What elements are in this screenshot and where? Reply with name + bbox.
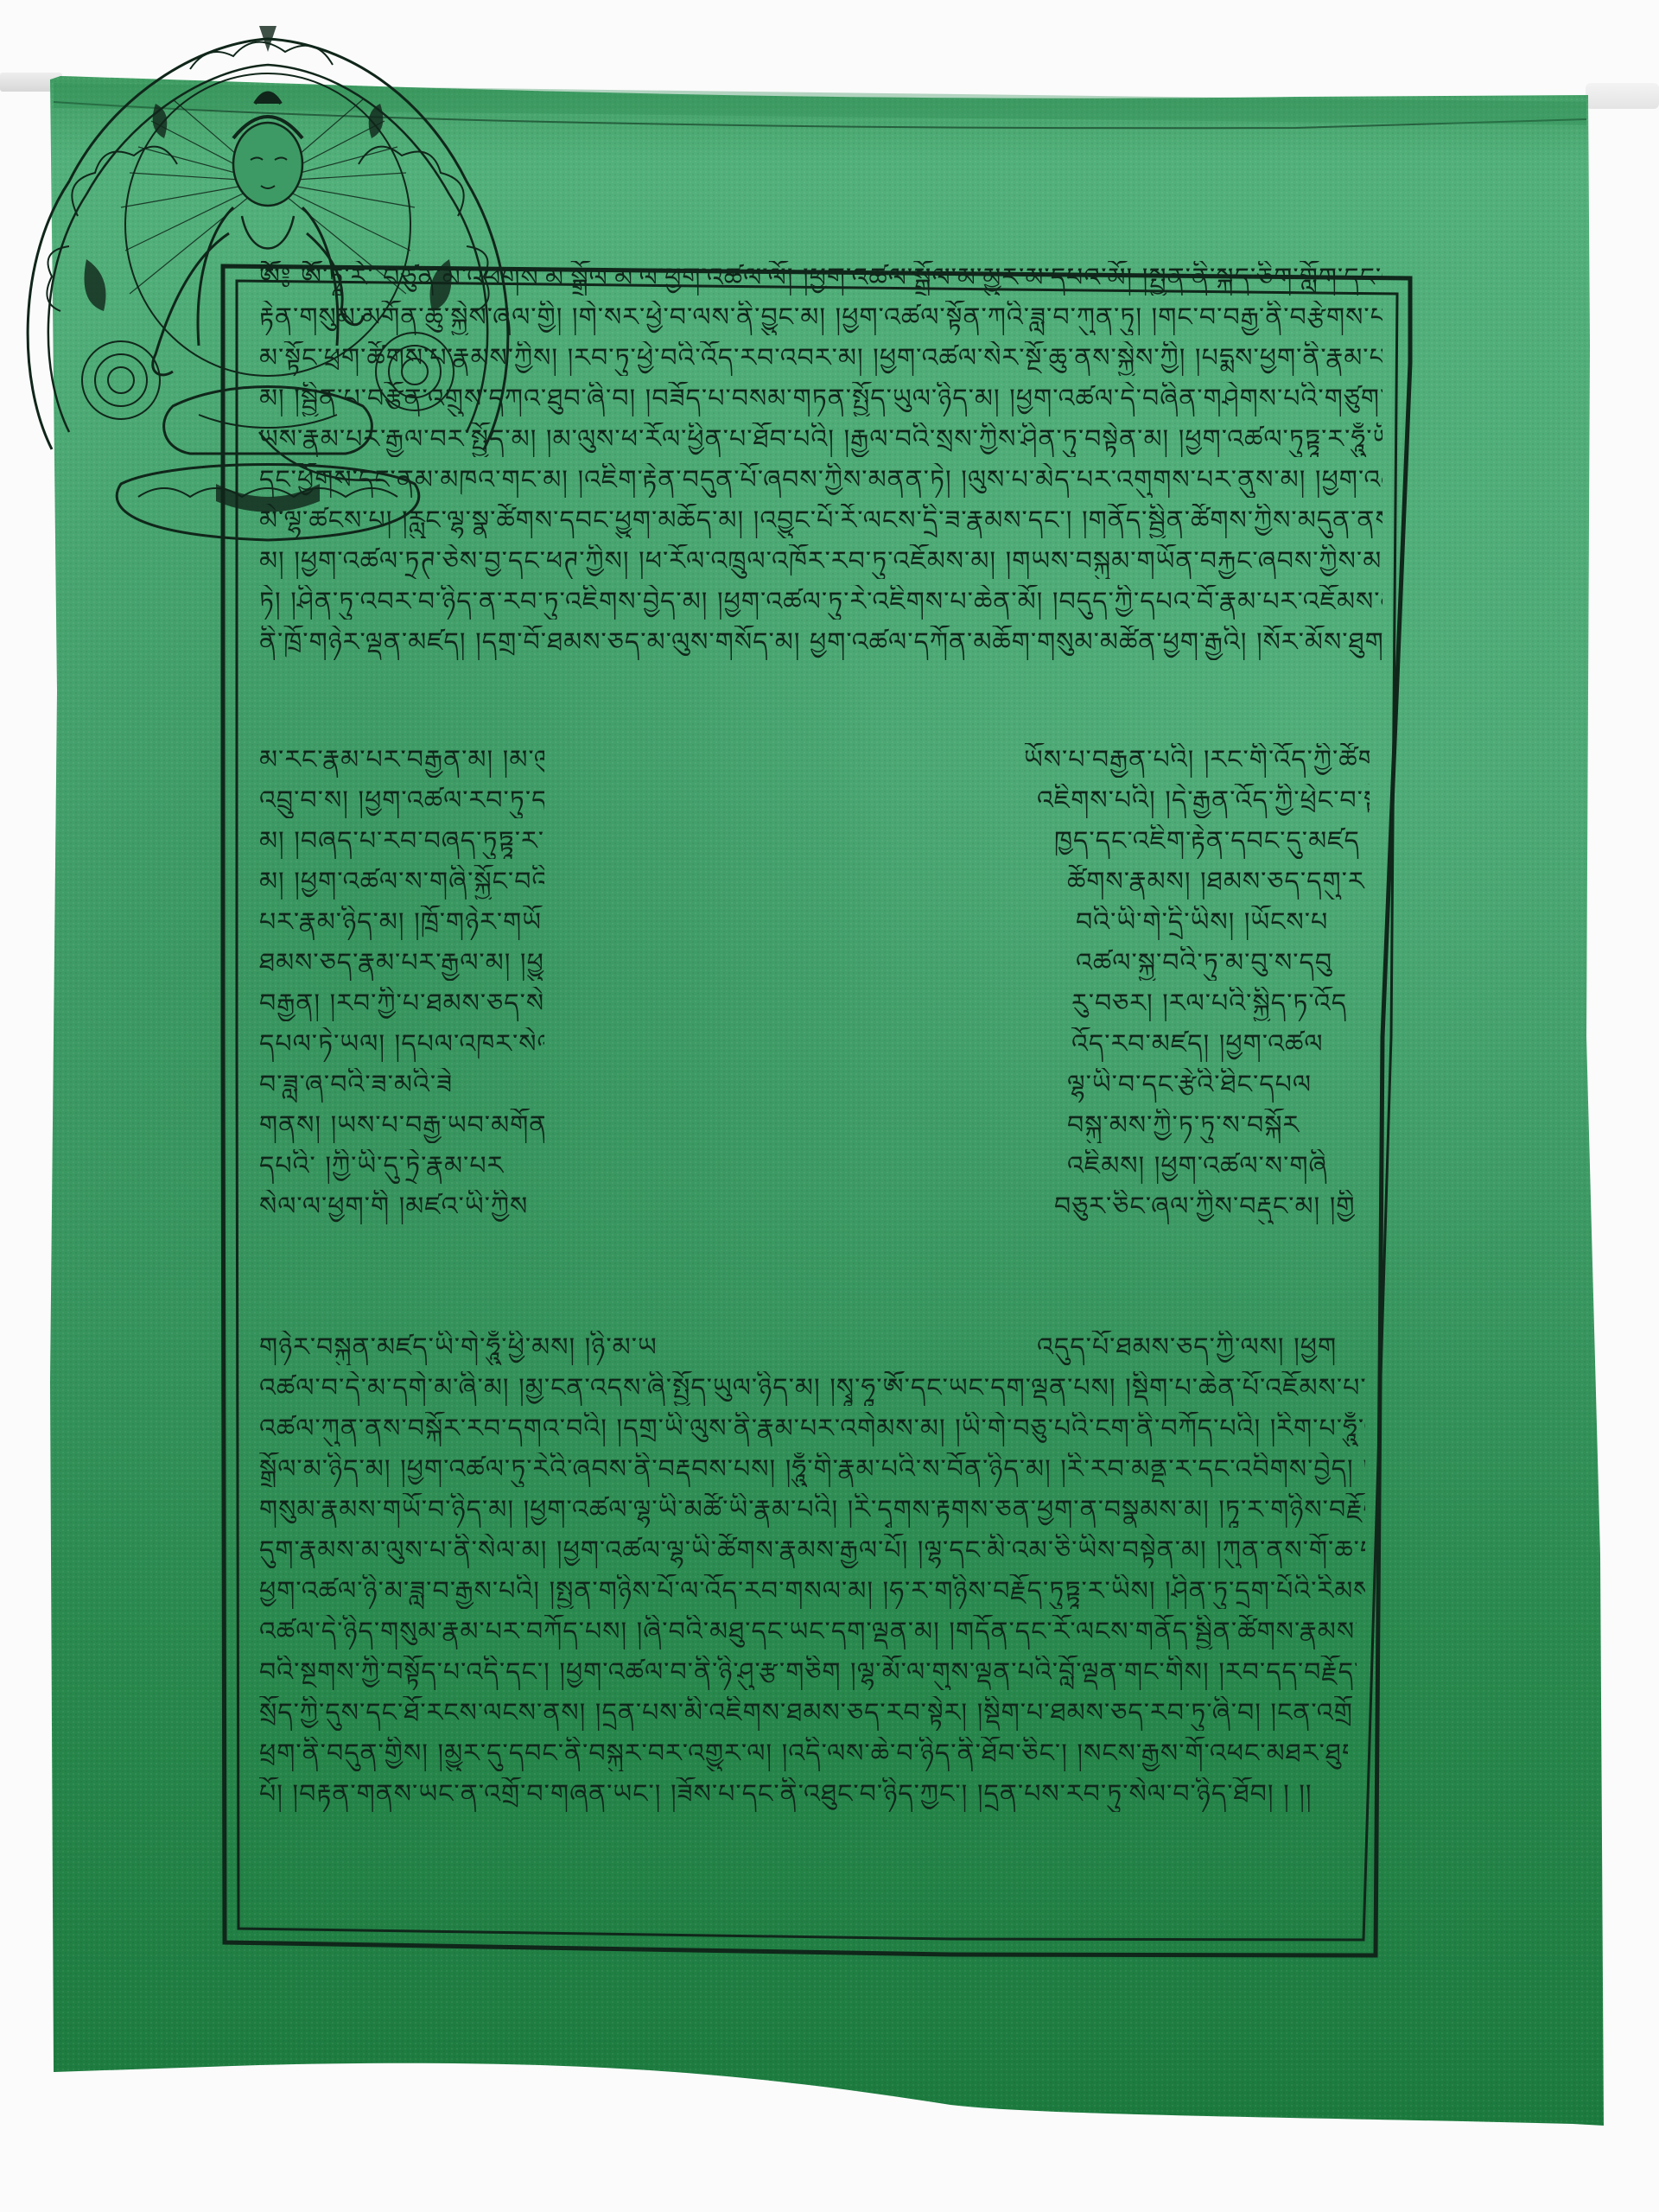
text-line: པོ། །བརྟན་གནས་ཡང་ན་འགྲོ་བ་གཞན་ཡང་། །ཟོས་… bbox=[259, 1777, 1348, 1812]
text-line: འདུད་པོ་ཐམས་ཅད་ཀྱི་ལས། །ཕྱག bbox=[1037, 1331, 1370, 1365]
text-line: གཉེར་བསྐུན་མཛད་ཡི་གེ་ཧཱུྃ་ཕྱི་མས། །ཉི་མ་… bbox=[259, 1331, 778, 1365]
text-line: ཚོགས་རྣམས། །ཐམས་ཅད་དགུ་ར bbox=[1067, 865, 1370, 899]
text-line: འབྲུ་བ་ས། །ཕྱག་འཚལ་རབ་ཏུ་དགའ་བ bbox=[259, 784, 544, 818]
text-line: མ། །ཕྱག་འཚལ་ས་གཞི་སྐྱོང་བའི bbox=[259, 865, 544, 899]
text-line: གསུམ་རྣམས་གཡོ་བ་ཉིད་མ། །ཕྱག་འཚལ་ལྷ་ཡི་མཚ… bbox=[259, 1493, 1365, 1528]
text-line: སེལ་ལ་ཕྱག་གི །མཛའ་ཡི་ཀྱིས bbox=[259, 1190, 544, 1224]
text-line: འཚལ་བ་དེ་མ་དགེ་མ་ཞི་མ། །མྱ་ངན་འདས་ཞི་སྤྱ… bbox=[259, 1371, 1365, 1406]
text-line: ལྷ་ཡི་བ་དང་རྩེའི་ཐིང་དཔལ bbox=[1067, 1068, 1370, 1103]
text-line: ཕྲག་ནི་བདུན་གྱིས། །མྱུར་དུ་དབང་ནི་བསྐུར་… bbox=[259, 1737, 1348, 1771]
text-line: ཏེ། །ཤིན་ཏུ་འབར་བ་ཉིད་ན་རབ་ཏུ་འཇིགས་བྱེད… bbox=[259, 585, 1382, 620]
text-line: དཔལ་ཏེ་ཡལ། །དཔལ་འཁར་སེལ་བྱེད bbox=[259, 1027, 544, 1062]
text-line: བའི་སྔགས་ཀྱི་བསྟོད་པ་འདི་དང་། །ཕྱག་འཚལ་བ… bbox=[259, 1656, 1357, 1690]
prayer-flag: ༀ༔ ཨོཾ་ཏཱ་རེ་ བཙུན་མ་འཕགས་མ་སྒྲོལ་མ་ལ་ཕྱ… bbox=[0, 0, 1659, 2212]
text-line: མ། །བཞད་པ་རབ་བཞད་ཏུཏྟཱ་ར་ཡི་མ། bbox=[259, 824, 544, 859]
text-line: འཇིམས། །ཕྱག་འཚལ་ས་གཞི bbox=[1067, 1149, 1370, 1184]
text-line: གནས། །ཡས་པ་བརྒྱ་ཡབ་མགོན bbox=[259, 1109, 544, 1143]
text-line: བ་ཟླ་ཞ་བའི་ཟ་མའི་ཟེ bbox=[259, 1068, 544, 1103]
text-line: ནི་ཁྲོ་གཉེར་ལྡན་མཛད། །དགྲ་བོ་ཐམས་ཅད་མ་ལུ… bbox=[259, 626, 1382, 660]
green-tara-woodcut bbox=[0, 0, 536, 570]
text-line: འཚལ་ཀུན་ནས་བསྐོར་རབ་དགའ་བའི། །དགྲ་ཡི་ལུས… bbox=[259, 1412, 1365, 1446]
text-line: དཔའི་ །ཀྱི་ཡི་དུ་ཏྲེ་རྣམ་པར bbox=[259, 1149, 544, 1184]
text-line: རུ་བཅར། །རལ་པའི་སྐྱིད་ཏ་འོད bbox=[1071, 987, 1370, 1021]
text-line: བསྐུ་མས་ཀྱི་ཏ་ཏུ་ས་བསྐོར bbox=[1067, 1109, 1370, 1143]
text-line: ཐམས་ཅད་རྣམ་པར་རྒྱལ་མ། །ཕྱུག bbox=[259, 946, 544, 981]
text-line: ཡོས་པ་བརྒྱན་པའི། །རང་གི་འོད་ཀྱི་ཚོགས་རྣམ… bbox=[1024, 743, 1370, 778]
text-line: མ་རང་རྣམ་པར་བརྒྱན་མ། །མ་ལུས་ཕྱོགས་ཀྱི་འཁ… bbox=[259, 743, 544, 778]
text-line: སྒྲོལ་མ་ཉིད་མ། །ཕྱག་འཚལ་ཏུ་རེའི་ཞབས་ནི་བ… bbox=[259, 1452, 1365, 1487]
text-line: འཇིགས་པའི། །དེ་རྒྱན་འོད་ཀྱི་ཕྲེང་བ་སྟེ་ལ bbox=[1037, 784, 1370, 818]
text-line: འོད་རབ་མཛད། །ཕྱག་འཚལ bbox=[1071, 1027, 1370, 1062]
text-line: བའི་ཡི་གེ་དྲི་ཡིས། །ཡོངས་པ bbox=[1076, 906, 1370, 940]
text-line: ཁྱད་དང་འཇིག་རྟེན་དབང་དུ་མཛད bbox=[1054, 824, 1370, 859]
text-line: ཕྱག་འཚལ་ཉི་མ་ཟླ་བ་རྒྱས་པའི། །སྤྱན་གཉིས་པ… bbox=[259, 1574, 1365, 1609]
text-line: པར་རྣམ་ཉིད་མ། །ཁྲོ་གཉེར་གཡོ bbox=[259, 906, 544, 940]
text-line: འཚལ་དེ་ཉིད་གསུམ་རྣམ་པར་བཀོད་པས། །ཞི་བའི་… bbox=[259, 1615, 1357, 1649]
text-line: འཚལ་སྐྱ་བའི་ཏུ་མ་བུ་ས་དབུ bbox=[1076, 946, 1370, 981]
text-line: དུག་རྣམས་མ་ལུས་པ་ནི་སེལ་མ། །ཕྱག་འཚལ་ལྷ་ཡ… bbox=[259, 1534, 1365, 1568]
text-line: བརྒྱན། །རབ་ཀྱི་པ་ཐམས་ཅད་སེལ bbox=[259, 987, 544, 1021]
text-line: སྲོད་ཀྱི་དུས་དང་ཐོ་རངས་ལངས་ནས། །དྲན་པས་མ… bbox=[259, 1696, 1352, 1731]
text-line: བཅུར་ཅིང་ཞལ་ཀྱིས་བརྡུང་མ། །གྱི bbox=[1054, 1190, 1370, 1224]
